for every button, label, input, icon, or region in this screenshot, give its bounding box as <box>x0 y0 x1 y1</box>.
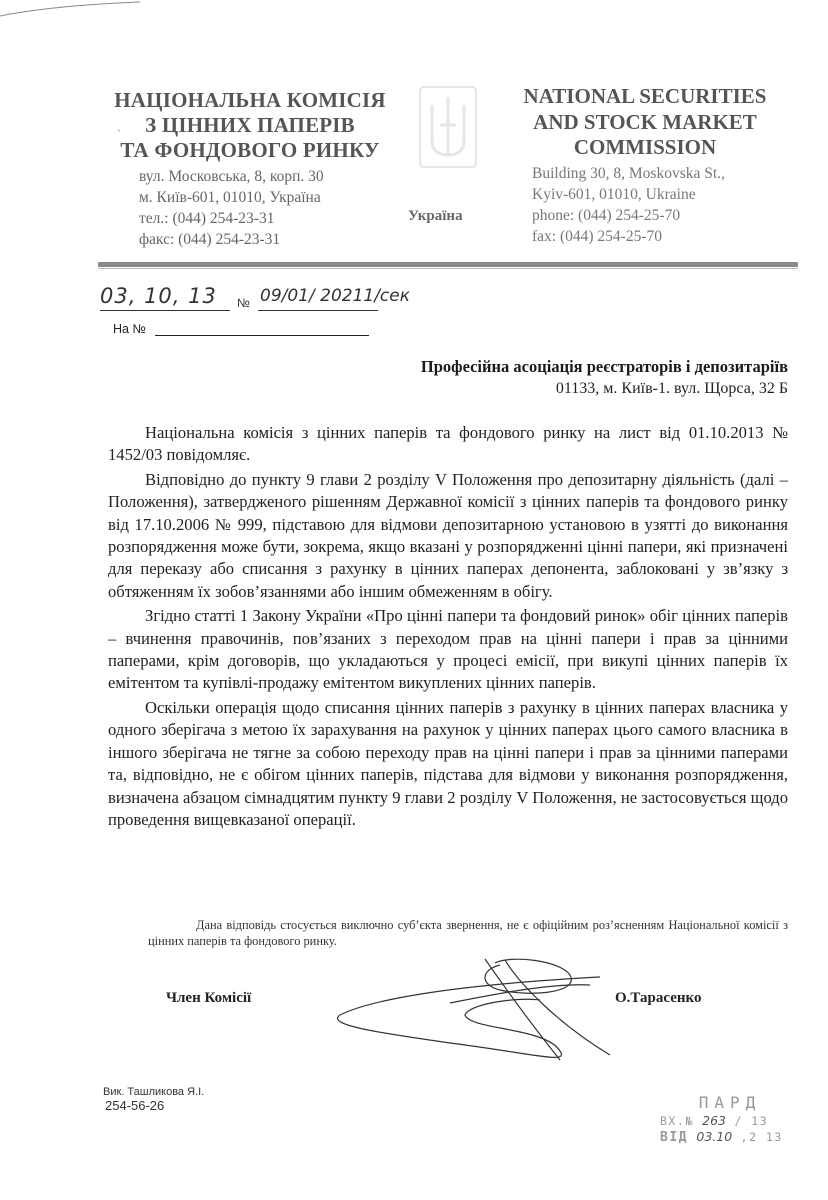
recipient-address: 01133, м. Київ-1. вул. Щорса, 32 Б <box>421 378 788 400</box>
stamp-in-suffix: / 13 <box>734 1114 768 1128</box>
address-ua: вул. Московська, 8, корп. 30 м. Київ-601… <box>139 166 395 250</box>
country-label: Україна <box>408 208 463 225</box>
address-ua-fax: факс: (044) 254-23-31 <box>139 229 395 250</box>
body-paragraph: Відповідно до пункту 9 глави 2 розділу V… <box>108 469 788 603</box>
registration-number: 09/01/ 20211/сек <box>260 286 460 306</box>
signer-title: Член Комісії <box>166 990 251 1007</box>
letter-body: Національна комісія з цінних паперів та … <box>108 422 788 831</box>
letterhead-divider <box>98 262 798 267</box>
registration-date: 03, 10, 13 <box>100 284 230 308</box>
signer-name: О.Тарасенко <box>615 990 701 1007</box>
address-ua-phone: тел.: (044) 254-23-31 <box>139 208 395 229</box>
stamp-date-row: ВІД 03.10 ,2 13 <box>660 1129 810 1145</box>
recipient-block: Професійна асоціація реєстраторів і депо… <box>421 356 788 400</box>
org-name-ua-line-1: НАЦІОНАЛЬНА КОМІСІЯ <box>105 88 395 113</box>
stamp-in-label: ВХ.№ <box>660 1114 694 1128</box>
address-en-street: Building 30, 8, Moskovska St., <box>532 163 780 184</box>
org-name-en-line-3: COMMISSION <box>510 135 780 161</box>
disclaimer: Дана відповідь стосується виключно суб’є… <box>148 917 788 949</box>
trident-emblem-icon <box>418 85 478 175</box>
address-en-city: Kyiv-601, 01010, Ukraine <box>532 184 780 205</box>
letterhead-ukrainian: НАЦІОНАЛЬНА КОМІСІЯ З ЦІННИХ ПАПЕРІВ ТА … <box>105 88 395 250</box>
stamp-date: 03.10 <box>696 1129 732 1144</box>
registration-number-label: № <box>237 296 250 310</box>
org-name-ua-line-2: З ЦІННИХ ПАПЕРІВ <box>105 113 395 138</box>
address-en: Building 30, 8, Moskovska St., Kyiv-601,… <box>532 163 780 247</box>
scan-artifact <box>0 0 200 20</box>
incoming-stamp: ПАРД ВХ.№ 263 / 13 ВІД 03.10 ,2 13 <box>660 1093 810 1145</box>
address-en-phone: phone: (044) 254-25-70 <box>532 205 780 226</box>
executor-block: Вик. Ташликова Я.І. 254-56-26 <box>103 1085 204 1113</box>
body-paragraph: Національна комісія з цінних паперів та … <box>108 422 788 467</box>
reference-label: На № <box>113 322 146 336</box>
executor-phone: 254-56-26 <box>105 1099 204 1113</box>
org-name-ua-line-3: ТА ФОНДОВОГО РИНКУ <box>105 138 395 163</box>
address-ua-street: вул. Московська, 8, корп. 30 <box>139 166 395 187</box>
handwritten-signature <box>330 955 650 1065</box>
letterhead-divider-thin <box>98 268 798 269</box>
address-en-fax: fax: (044) 254-25-70 <box>532 226 780 247</box>
body-paragraph: Оскільки операція щодо списання цінних п… <box>108 697 788 831</box>
letterhead-english: NATIONAL SECURITIES AND STOCK MARKET COM… <box>510 84 780 247</box>
stamp-incoming-row: ВХ.№ 263 / 13 <box>660 1113 810 1128</box>
stamp-date-label: ВІД <box>660 1130 688 1145</box>
executor-name: Вик. Ташликова Я.І. <box>103 1085 204 1099</box>
org-name-en-line-2: AND STOCK MARKET <box>510 110 780 136</box>
stamp-title: ПАРД <box>650 1093 810 1112</box>
reference-line: На № <box>113 322 413 342</box>
stamp-in-number: 263 <box>702 1113 726 1128</box>
org-name-en-line-1: NATIONAL SECURITIES <box>510 84 780 110</box>
address-ua-city: м. Київ-601, 01010, Україна <box>139 187 395 208</box>
body-paragraph: Згідно статті 1 Закону України «Про цінн… <box>108 605 788 695</box>
registration-number-underline <box>258 310 378 311</box>
registration-date-underline <box>100 310 230 311</box>
disclaimer-text: Дана відповідь стосується виключно суб’є… <box>148 917 788 949</box>
stamp-date-suffix: ,2 13 <box>741 1130 783 1144</box>
recipient-name: Професійна асоціація реєстраторів і депо… <box>421 356 788 378</box>
registration-line: 03, 10, 13 № 09/01/ 20211/сек <box>90 284 470 314</box>
reference-blank <box>155 335 369 336</box>
